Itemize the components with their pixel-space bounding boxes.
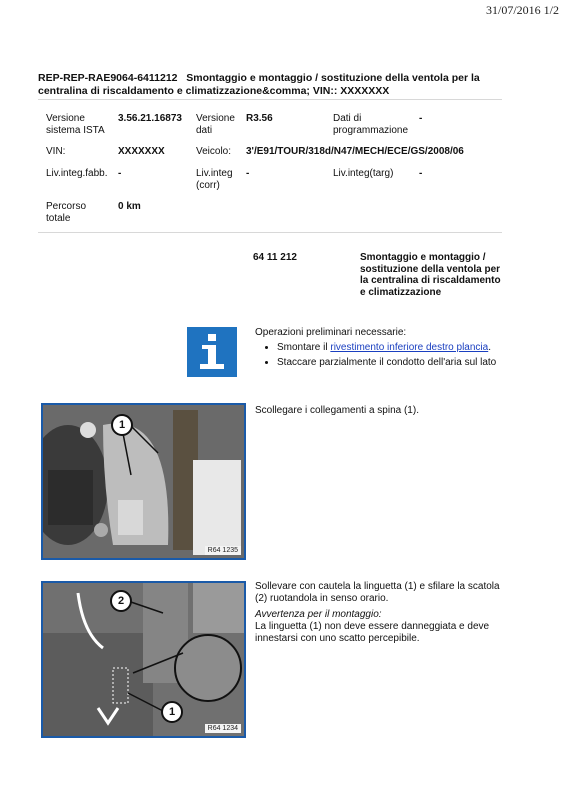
item-text: .	[488, 342, 491, 353]
dashboard-trim-link[interactable]: rivestimento inferiore destro plancia	[330, 342, 488, 353]
version-data-label: Versione dati	[196, 113, 241, 137]
version-ista-value: 3.56.21.16873	[118, 113, 182, 125]
photo-connectors: 1 R64 1235	[41, 403, 246, 560]
programming-date-value: -	[419, 113, 422, 125]
step-2-text: Sollevare con cautela la linguetta (1) e…	[255, 581, 505, 645]
preliminary-operations: Operazioni preliminari necessarie: Smont…	[255, 327, 505, 372]
mileage-value: 0 km	[118, 201, 141, 213]
divider	[38, 232, 502, 233]
repair-code: 64 11 212	[253, 252, 297, 263]
title-code: REP-REP-RAE9064-6411212	[38, 72, 178, 84]
vehicle-label: Veicolo:	[196, 146, 231, 158]
assembly-note-text: La linguetta (1) non deve essere dannegg…	[255, 621, 505, 645]
info-icon	[187, 327, 237, 377]
list-item: Staccare parzialmente il condotto dell'a…	[277, 357, 505, 369]
vin-value: XXXXXXX	[118, 146, 165, 158]
photo-illustration	[43, 405, 244, 558]
integ-fabb-value: -	[118, 168, 121, 180]
assembly-note-heading: Avvertenza per il montaggio:	[255, 609, 505, 621]
preliminary-list: Smontare il rivestimento inferiore destr…	[255, 342, 505, 369]
callout-1: 1	[161, 701, 183, 723]
step-1-text: Scollegare i collegamenti a spina (1).	[255, 405, 505, 417]
date-page-number: 31/07/2016 1/2	[486, 3, 559, 18]
repair-description: Smontaggio e montaggio / sostituzione de…	[360, 252, 505, 298]
step-2-instruction: Sollevare con cautela la linguetta (1) e…	[255, 581, 505, 605]
vehicle-value: 3'/E91/TOUR/318d/N47/MECH/ECE/GS/2008/06	[246, 146, 464, 158]
divider	[38, 99, 502, 100]
image-reference: R64 1234	[205, 724, 241, 733]
item-text: Smontare il	[277, 342, 330, 353]
programming-date-label: Dati di programmazione	[333, 113, 408, 137]
document-title: REP-REP-RAE9064-6411212 Smontaggio e mon…	[38, 72, 508, 98]
integ-corr-value: -	[246, 168, 249, 180]
image-reference: R64 1235	[205, 546, 241, 555]
integ-targ-value: -	[419, 168, 422, 180]
callout-2: 2	[110, 590, 132, 612]
integ-fabb-label: Liv.integ.fabb.	[46, 168, 108, 180]
list-item: Smontare il rivestimento inferiore destr…	[277, 342, 505, 354]
version-ista-label: Versione sistema ISTA	[46, 113, 111, 137]
integ-targ-label: Liv.integ(targ)	[333, 168, 393, 180]
integ-corr-label: Liv.integ (corr)	[196, 168, 241, 192]
version-data-value: R3.56	[246, 113, 273, 125]
photo-tab-housing: 2 1 R64 1234	[41, 581, 246, 738]
preliminary-heading: Operazioni preliminari necessarie:	[255, 327, 505, 339]
vin-label: VIN:	[46, 146, 65, 158]
photo-illustration	[43, 583, 244, 736]
mileage-label: Percorso totale	[46, 201, 96, 225]
callout-1: 1	[111, 414, 133, 436]
